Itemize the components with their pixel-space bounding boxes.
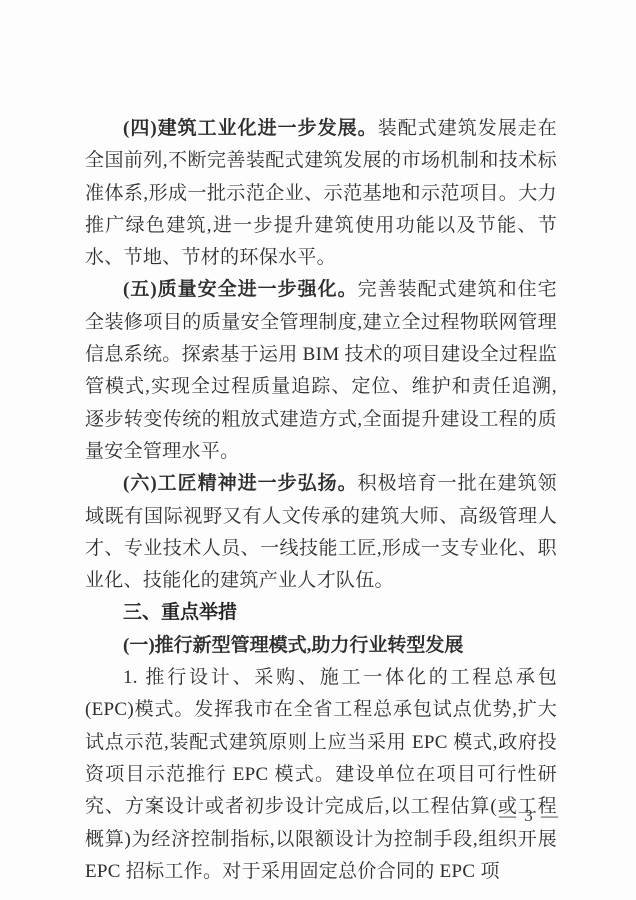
paragraph-section-4: (四)建筑工业化进一步发展。装配式建筑发展走在全国前列,不断完善装配式建筑发展的… xyxy=(85,113,557,274)
paragraph-lead: (四)建筑工业化进一步发展。 xyxy=(123,118,378,139)
paragraph-body-text: 完善装配式建筑和住宅全装修项目的质量安全管理制度,建立全过程物联网管理信息系统。… xyxy=(85,279,557,461)
page-number: — 3 — xyxy=(499,804,560,828)
page: (四)建筑工业化进一步发展。装配式建筑发展走在全国前列,不断完善装配式建筑发展的… xyxy=(0,0,636,900)
paragraph-lead: (五)质量安全进一步强化。 xyxy=(123,279,358,300)
paragraph-numbered-epc: 1. 推行设计、采购、施工一体化的工程总承包(EPC)模式。发挥我市在全省工程总… xyxy=(85,662,557,888)
paragraph-section-5: (五)质量安全进一步强化。完善装配式建筑和住宅全装修项目的质量安全管理制度,建立… xyxy=(85,274,557,468)
paragraph-lead: (六)工匠精神进一步弘扬。 xyxy=(123,473,358,494)
subsection-heading: (一)推行新型管理模式,助力行业转型发展 xyxy=(85,630,557,662)
section-heading: 三、重点举措 xyxy=(85,597,557,629)
paragraph-section-6: (六)工匠精神进一步弘扬。积极培育一批在建筑领域既有国际视野又有人文传承的建筑大… xyxy=(85,468,557,597)
document-page: { "colors": { "page_background": "#fdfdf… xyxy=(0,0,636,900)
document-body: (四)建筑工业化进一步发展。装配式建筑发展走在全国前列,不断完善装配式建筑发展的… xyxy=(85,113,557,888)
paragraph-body-text: 装配式建筑发展走在全国前列,不断完善装配式建筑发展的市场机制和技术标准体系,形成… xyxy=(85,118,557,268)
